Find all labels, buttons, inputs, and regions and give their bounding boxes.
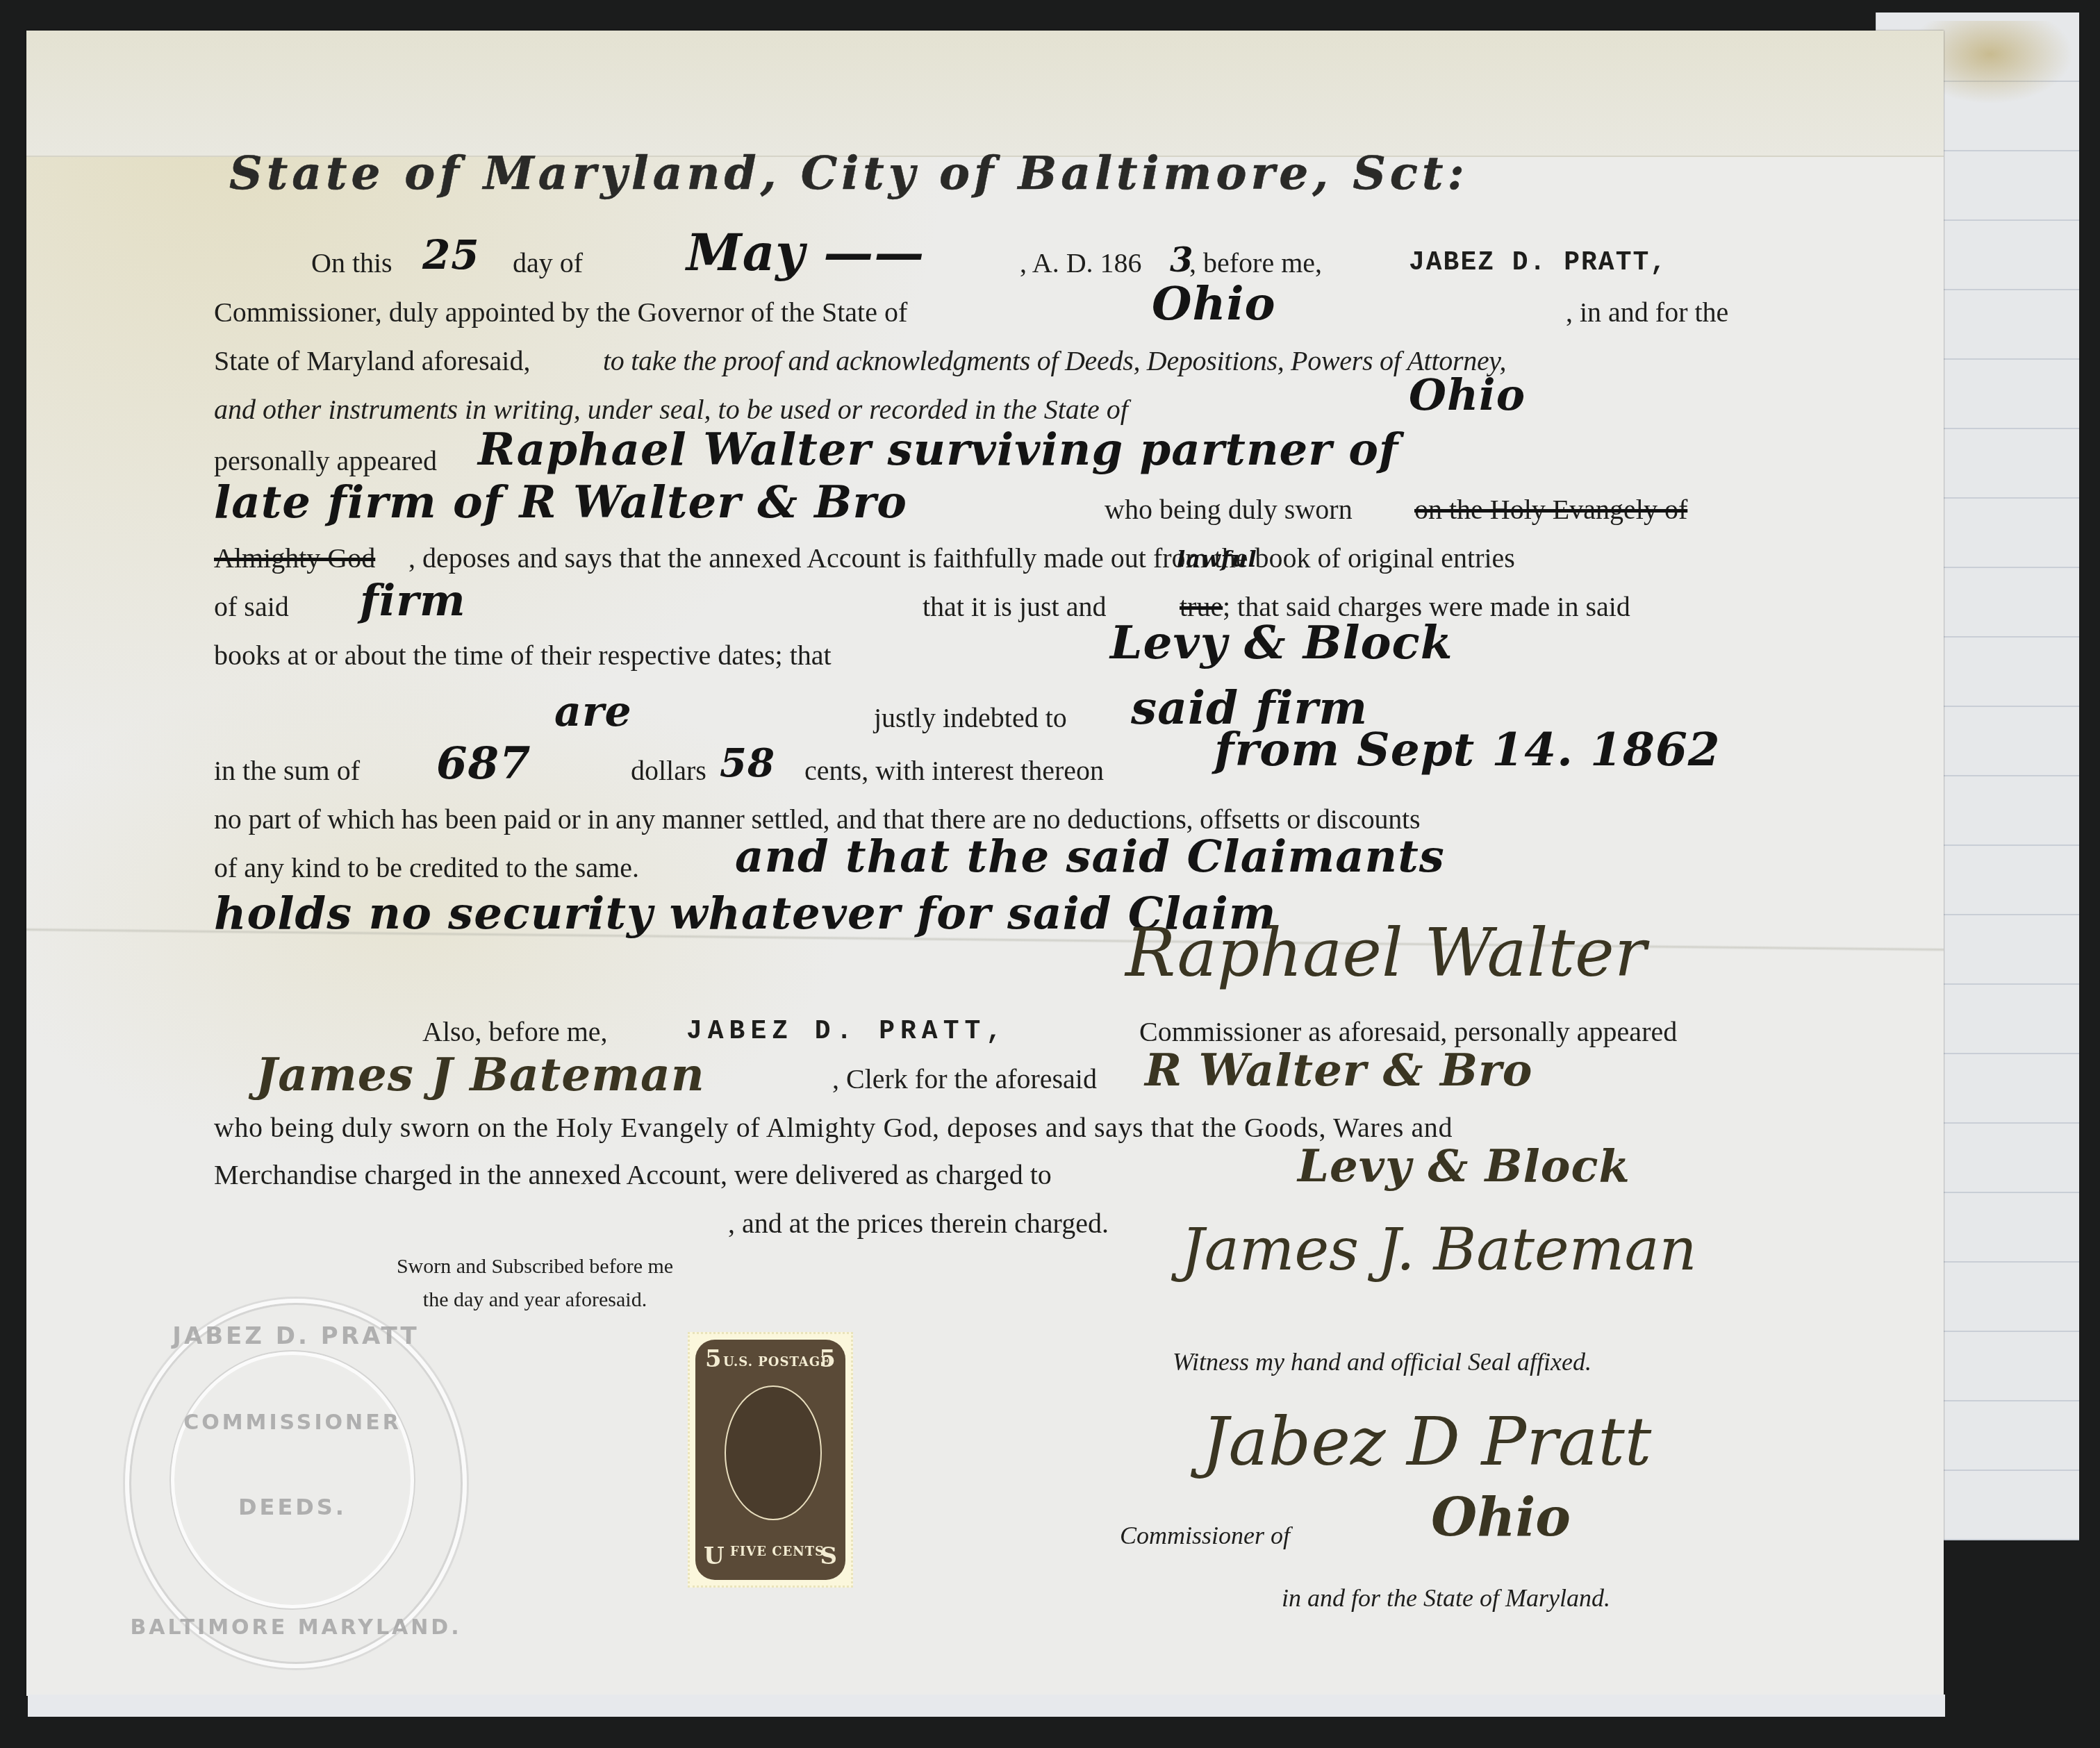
handwritten-addendum: holds no security whatever for said Clai…	[214, 888, 1277, 940]
para2-line4: Merchandise charged in the annexed Accou…	[214, 1158, 1751, 1207]
struck-text: Almighty God	[214, 542, 375, 574]
para2-line2: James J Bateman , Clerk for the aforesai…	[214, 1063, 1751, 1111]
handwritten-state: Ohio	[1431, 1486, 1571, 1548]
para1-line6: late firm of R Walter & Bro who being du…	[214, 493, 1751, 542]
para1-line11: in the sum of 687 dollars 58 cents, with…	[214, 754, 1751, 803]
para1-line9: books at or about the time of their resp…	[214, 639, 1751, 688]
clerk-signature: James J. Bateman	[1181, 1215, 1697, 1283]
handwritten-insertion: lawful	[1177, 546, 1257, 572]
handwritten-state: Ohio	[1409, 369, 1526, 420]
handwritten-clerk-name: James J Bateman	[256, 1047, 705, 1101]
commissioner-signature: Jabez D Pratt	[1202, 1403, 1651, 1481]
para1-line8: of said firm that it is just and true la…	[214, 590, 1751, 639]
handwritten-day: 25	[422, 231, 480, 278]
handwritten-debtor: Levy & Block	[1110, 615, 1453, 669]
struck-text: on the Holy Evangely of	[1414, 493, 1687, 526]
five-cent-stamp: 5 5 U.S. POSTAGE U FIVE CENTS S	[688, 1332, 853, 1588]
portrait-oval	[725, 1385, 822, 1520]
handwritten-month: May ——	[686, 223, 925, 282]
handwritten-deponent-name: Raphael Walter surviving partner of	[478, 424, 1398, 476]
handwritten-debtor: Levy & Block	[1298, 1140, 1630, 1192]
handwritten-firm-word: firm	[360, 575, 466, 626]
handwritten-verb: are	[554, 688, 632, 736]
stamp-denomination: 5	[705, 1345, 722, 1373]
handwritten-cents: 58	[720, 740, 775, 786]
top-fold	[26, 31, 1944, 157]
handwritten-state: Ohio	[1152, 276, 1276, 331]
handwritten-firm: R Walter & Bro	[1145, 1044, 1532, 1097]
witness-clause: Witness my hand and official Seal affixe…	[1173, 1347, 1591, 1376]
jurat: Sworn and Subscribed before me the day a…	[340, 1250, 729, 1317]
para1-line1: On this 25 day of May —— , A. D. 186 3 ,…	[214, 247, 1751, 295]
handwritten-interest-date: from Sept 14. 1862	[1214, 722, 1721, 776]
handwritten-firm: late firm of R Walter & Bro	[214, 476, 907, 528]
deponent-signature: Raphael Walter	[1125, 914, 1646, 992]
handwritten-addendum: and that the said Claimants	[735, 831, 1445, 883]
para1-line2: Commissioner, duly appointed by the Gove…	[214, 296, 1751, 344]
commissioner-of-label: Commissioner of	[1120, 1521, 1290, 1550]
handwritten-dollars: 687	[436, 738, 531, 790]
commissioner-name: JABEZ D. PRATT,	[1409, 248, 1667, 278]
bottom-fold-strip	[28, 1695, 1945, 1717]
embossed-commissioner-seal: JABEZ D. PRATT COMMISSIONER DEEDS. BALTI…	[125, 1299, 467, 1668]
commissioner-name: JABEZ D. PRATT,	[686, 1017, 1007, 1047]
document-title: State of Maryland, City of Baltimore, Sc…	[229, 146, 1469, 200]
jurisdiction-footer: in and for the State of Maryland.	[1282, 1583, 1610, 1613]
